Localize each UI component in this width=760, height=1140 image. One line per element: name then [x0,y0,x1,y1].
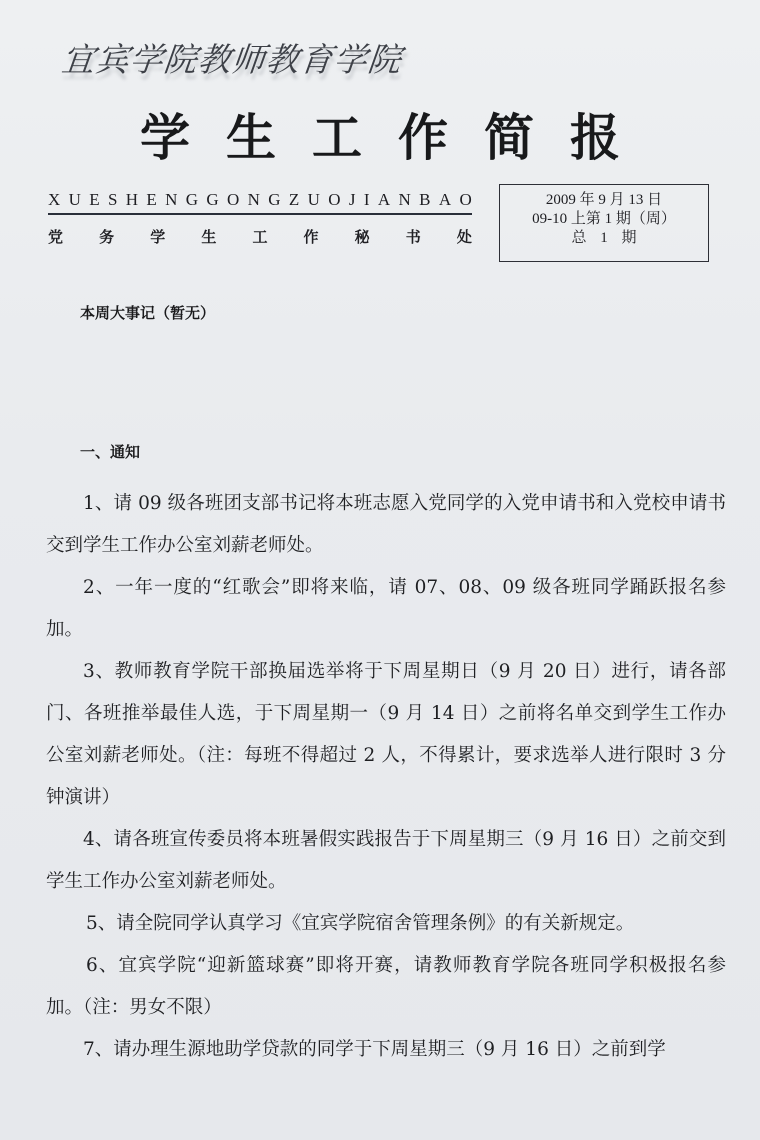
issue-number: 09-10 上第 1 期（周） [500,210,708,229]
pinyin-letter: N [165,190,177,210]
department-char: 党 [48,226,63,247]
org-name: 宜宾学院教师教育学院 [60,34,405,81]
pinyin-letter: H [126,190,138,210]
pinyin-letter: O [459,190,471,210]
bulletin-page: 宜宾学院教师教育学院 学生工作简报 X U E S H E N G G O N … [0,0,760,1140]
department-char: 学 [150,226,165,247]
pinyin-letter: B [419,190,430,210]
header-divider [48,213,472,215]
issue-date: 2009 年 9 月 13 日 [500,191,708,210]
department-char: 生 [201,226,216,247]
pinyin-letter: N [399,190,411,210]
issue-total: 总 1 期 [500,229,708,248]
notice-item: 2、一年一度的“红歌会”即将来临，请 07、08、09 级各班同学踊跃报名参加。 [46,567,726,651]
pinyin-letter: S [108,190,117,210]
notice-item: 3、教师教育学院干部换届选举将于下周星期日（9 月 20 日）进行，请各部门、各… [46,651,726,819]
pinyin-letter: A [439,190,451,210]
pinyin-title: X U E S H E N G G O N G Z U O J I A N B … [48,190,472,210]
notice-item: 1、请 09 级各班团支部书记将本班志愿入党同学的入党申请书和入党校申请书交到学… [46,483,726,567]
department-char: 务 [99,226,114,247]
notices-section-heading: 一、通知 [80,441,140,462]
notice-item: 7、请办理生源地助学贷款的同学于下周星期三（9 月 16 日）之前到学 [46,1029,726,1071]
pinyin-letter: U [69,190,81,210]
pinyin-letter: O [328,190,340,210]
pinyin-letter: N [248,190,260,210]
pinyin-letter: J [349,190,356,210]
pinyin-letter: G [268,190,280,210]
notice-item: 6、宜宾学院“迎新篮球赛”即将开赛，请教师教育学院各班同学积极报名参加。（注：男… [46,945,726,1029]
department-char: 工 [252,226,267,247]
pinyin-letter: E [89,190,99,210]
pinyin-letter: U [308,190,320,210]
department-char: 秘 [355,226,370,247]
pinyin-letter: E [146,190,156,210]
department-char: 书 [406,226,421,247]
notice-item: 4、请各班宣传委员将本班暑假实践报告于下周星期三（9 月 16 日）之前交到学生… [46,819,726,903]
pinyin-letter: G [186,190,198,210]
department-char: 作 [304,226,319,247]
department-name: 党 务 学 生 工 作 秘 书 处 [48,226,472,247]
notice-item: 5、请全院同学认真学习《宜宾学院宿舍管理条例》的有关新规定。 [46,903,726,945]
weekly-events-heading: 本周大事记（暂无） [80,302,215,323]
pinyin-letter: A [378,190,390,210]
pinyin-letter: Z [289,190,299,210]
bulletin-title: 学生工作简报 [140,98,656,170]
pinyin-letter: I [364,190,370,210]
department-char: 处 [457,226,472,247]
issue-info-box: 2009 年 9 月 13 日 09-10 上第 1 期（周） 总 1 期 [499,184,709,262]
pinyin-letter: X [48,190,60,210]
pinyin-letter: O [227,190,239,210]
notices-list: 1、请 09 级各班团支部书记将本班志愿入党同学的入党申请书和入党校申请书交到学… [46,483,726,1071]
pinyin-letter: G [206,190,218,210]
